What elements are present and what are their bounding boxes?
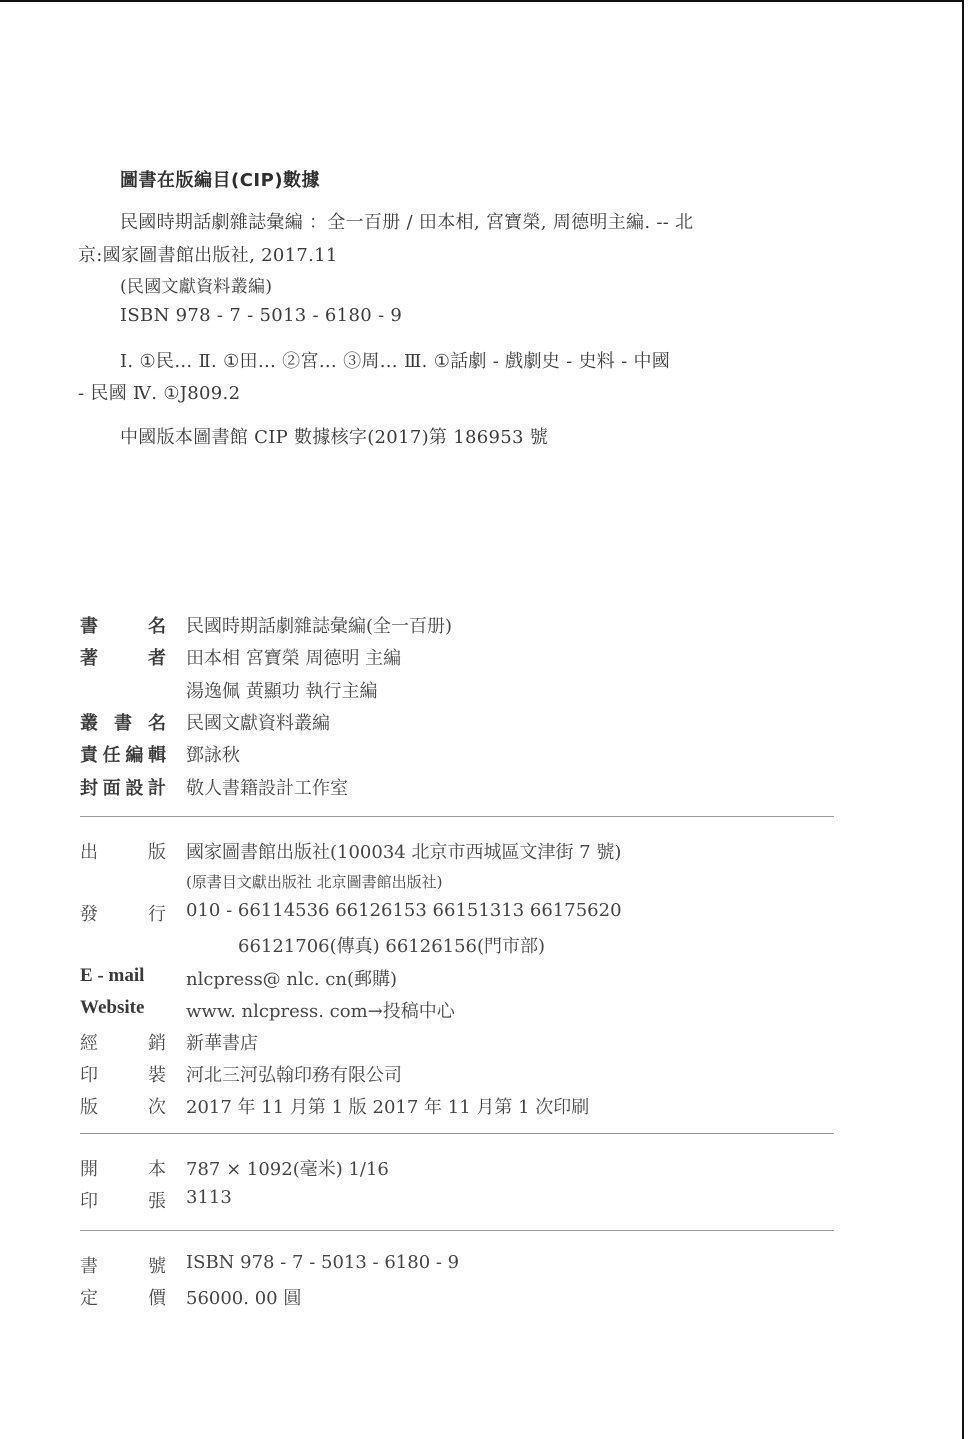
row-label: 定 價: [80, 1284, 166, 1310]
row-label: 印 裝: [80, 1061, 166, 1087]
cip-entry-line1: 民國時期話劇雜誌彙編 ：全一百册 / 田本相, 宮寶榮, 周德明主編. -- 北: [120, 208, 693, 234]
row-value: 民國時期話劇雜誌彙編(全一百册): [186, 612, 452, 638]
row-value: 56000. 00 圓: [186, 1284, 301, 1310]
page-border-right: [962, 0, 964, 1439]
divider: [80, 1230, 834, 1231]
row-label: 封 面 設 計: [80, 774, 166, 800]
row-value: 河北三河弘翰印務有限公司: [186, 1061, 402, 1087]
row-value: 田本相 宮寶榮 周德明 主編: [186, 644, 401, 670]
cip-number: 中國版本圖書館 CIP 數據核字(2017)第 186953 號: [120, 423, 548, 449]
row-label: 書 名: [80, 612, 166, 638]
row-label: 開 本: [80, 1155, 166, 1181]
row-value: 湯逸佩 黄顯功 執行主編: [186, 677, 377, 703]
cip-subjects-line1: Ⅰ. ①民… Ⅱ. ①田… ②宮… ③周… Ⅲ. ①話劇 - 戲劇史 - 史料 …: [120, 347, 670, 373]
row-value: 敬人書籍設計工作室: [186, 774, 348, 800]
row-value: 國家圖書館出版社(100034 北京市西城區文津街 7 號): [186, 838, 621, 864]
row-label: E - mail: [80, 965, 166, 987]
cip-entry-line2: 京:國家圖書館出版社, 2017.11: [78, 241, 338, 267]
divider: [80, 1133, 834, 1134]
row-label: 印 張: [80, 1187, 166, 1213]
row-value: 787 × 1092(毫米) 1/16: [186, 1155, 389, 1181]
row-label: 著 者: [80, 644, 166, 670]
cip-series: (民國文獻資料叢編): [120, 272, 272, 297]
row-value: www. nlcpress. com→投稿中心: [186, 997, 455, 1023]
row-label: Website: [80, 997, 166, 1019]
row-value: 鄧詠秋: [186, 741, 240, 767]
row-label: 書 號: [80, 1252, 166, 1278]
row-label: 責 任 編 輯: [80, 741, 166, 767]
row-value: (原書目文獻出版社 北京圖書館出版社): [186, 871, 442, 892]
cip-isbn: ISBN 978 - 7 - 5013 - 6180 - 9: [120, 305, 402, 326]
row-value: 新華書店: [186, 1029, 258, 1055]
row-label: 版 次: [80, 1093, 166, 1119]
page-border-top: [0, 0, 963, 2]
divider: [80, 816, 834, 817]
row-value: 2017 年 11 月第 1 版 2017 年 11 月第 1 次印刷: [186, 1093, 589, 1119]
row-value: ISBN 978 - 7 - 5013 - 6180 - 9: [186, 1252, 459, 1273]
row-label: 經 銷: [80, 1029, 166, 1055]
cip-subjects-line2: - 民國 Ⅳ. ①J809.2: [78, 379, 240, 405]
row-label: 發 行: [80, 900, 166, 926]
row-label: 叢 書 名: [80, 709, 166, 735]
row-value: 66121706(傳真) 66126156(門市部): [238, 932, 545, 958]
row-value: 3113: [186, 1187, 232, 1208]
row-label: 出 版: [80, 838, 166, 864]
row-value: 民國文獻資料叢編: [186, 709, 330, 735]
row-value: nlcpress@ nlc. cn(郵購): [186, 965, 397, 991]
cip-title: 圖書在版編目(CIP)數據: [120, 166, 320, 192]
row-value: 010 - 66114536 66126153 66151313 6617562…: [186, 900, 622, 921]
